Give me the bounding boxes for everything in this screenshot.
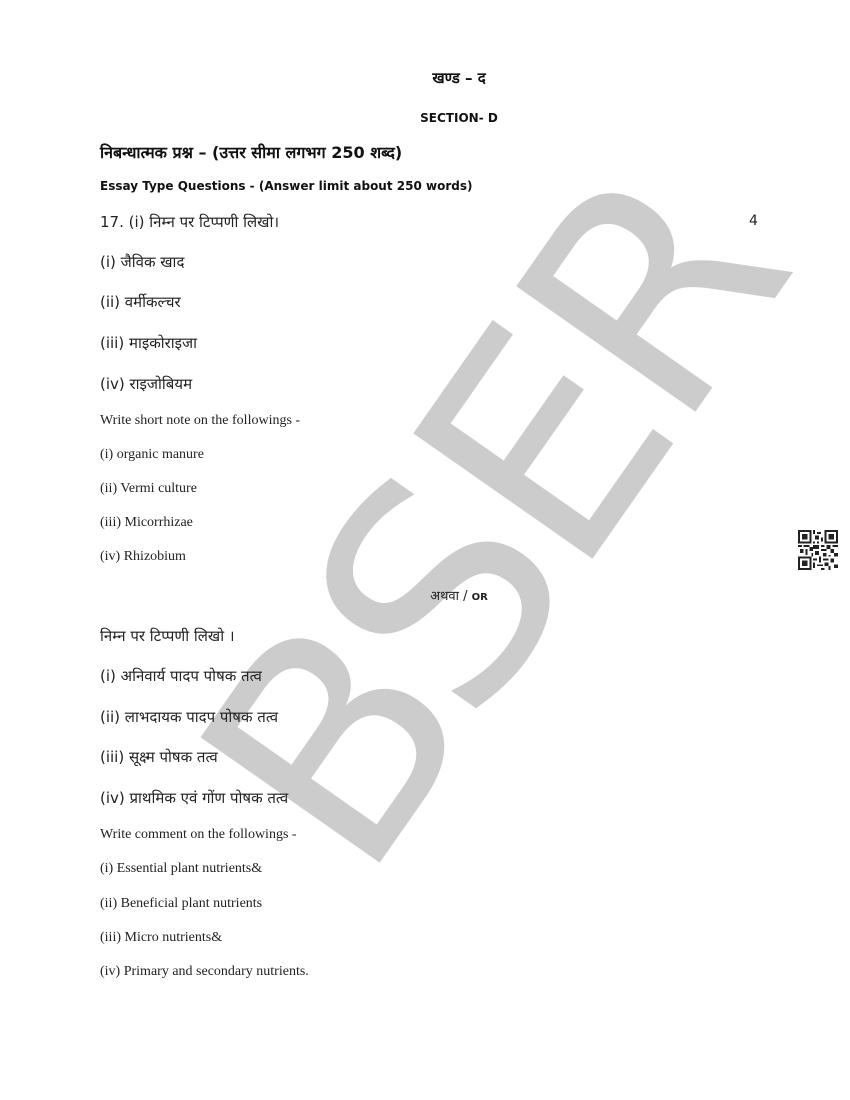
question-hindi-item: (ii) वर्मीकल्चर — [100, 292, 181, 312]
alternative-english-item: (ii) Beneficial plant nutrients — [100, 896, 262, 912]
alternative-hindi-item: (iii) सूक्ष्म पोषक तत्व — [100, 747, 218, 767]
alternative-english-item: (iv) Primary and secondary nutrients. — [100, 964, 309, 980]
question-marks: 4 — [749, 213, 758, 229]
question-english-prompt: Write short note on the followings - — [100, 413, 300, 429]
question-english-item: (ii) Vermi culture — [100, 481, 197, 497]
alternative-hindi-item: (ii) लाभदायक पादप पोषक तत्व — [100, 707, 278, 727]
essay-heading-hindi: निबन्धात्मक प्रश्न – (उत्तर सीमा लगभग 25… — [100, 141, 402, 163]
or-hindi: अथवा — [430, 589, 459, 604]
or-separator: अथवा / OR — [0, 586, 850, 604]
section-title-hindi: खण्ड – द — [0, 68, 850, 88]
alternative-english-item: (i) Essential plant nutrients& — [100, 861, 262, 877]
alternative-hindi-item: (i) अनिवार्य पादप पोषक तत्व — [100, 666, 262, 686]
question-17-prompt: 17. (i) निम्न पर टिप्पणी लिखो। — [100, 212, 279, 232]
question-hindi-item: (iv) राइजोबियम — [100, 374, 192, 394]
section-title-english: SECTION- D — [0, 111, 850, 125]
question-english-item: (i) organic manure — [100, 447, 204, 463]
essay-heading-english: Essay Type Questions - (Answer limit abo… — [100, 179, 472, 193]
question-english-item: (iv) Rhizobium — [100, 549, 186, 565]
question-hindi-item: (i) जैविक खाद — [100, 252, 184, 272]
question-hindi-item: (iii) माइकोराइजा — [100, 333, 197, 353]
alternative-hindi-item: (iv) प्राथमिक एवं गोंण पोषक तत्व — [100, 788, 288, 808]
alternative-english-prompt: Write comment on the followings - — [100, 827, 297, 843]
question-english-item: (iii) Micorrhizae — [100, 515, 193, 531]
exam-page: BSER खण्ड – द SECTION- D निबन्धात्मक प्र… — [0, 0, 850, 1100]
qr-code-icon[interactable] — [798, 530, 838, 570]
alternative-prompt-hindi: निम्न पर टिप्पणी लिखो । — [100, 626, 235, 646]
or-english: OR — [472, 592, 488, 603]
alternative-english-item: (iii) Micro nutrients& — [100, 930, 222, 946]
or-slash: / — [459, 589, 472, 604]
